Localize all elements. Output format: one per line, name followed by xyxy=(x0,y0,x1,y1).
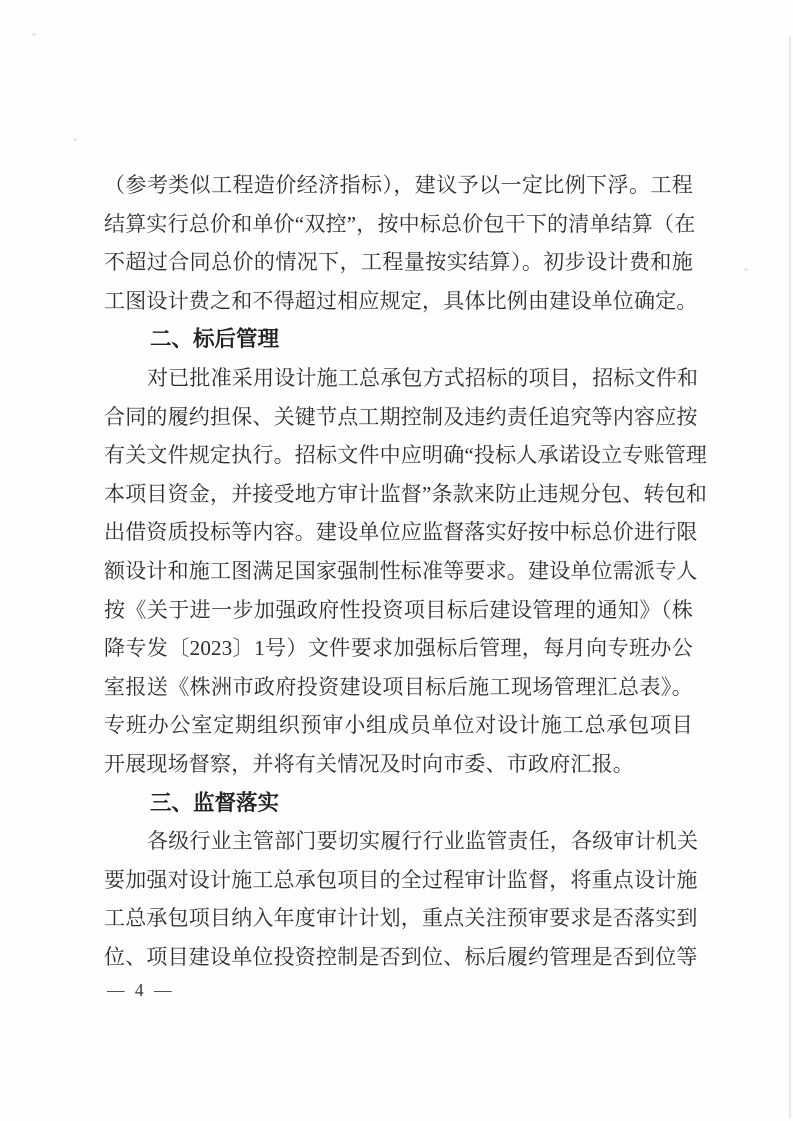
paragraph-2-line-7: 按《关于进一步加强政府性投资项目标后建设管理的通知》（株 xyxy=(104,591,693,630)
scan-edge-artifact xyxy=(789,36,791,1118)
paragraph-3-line-1: 各级行业主管部门要切实履行行业监管责任，各级审计机关 xyxy=(104,822,693,861)
page-number: — 4 — xyxy=(107,980,175,1001)
paragraph-2-line-1: 对已批准采用设计施工总承包方式招标的项目，招标文件和 xyxy=(104,359,693,398)
paragraph-3-line-4: 位、项目建设单位投资控制是否到位、标后履约管理是否到位等 xyxy=(104,938,693,977)
paragraph-3-line-2: 要加强对设计施工总承包项目的全过程审计监督，将重点设计施 xyxy=(104,861,693,900)
paragraph-2-line-2: 合同的履约担保、关键节点工期控制及违约责任追究等内容应按 xyxy=(104,398,693,437)
scan-speck xyxy=(73,138,77,141)
paragraph-2-line-4: 本项目资金，并接受地方审计监督”条款来防止违规分包、转包和 xyxy=(104,475,693,514)
paragraph-1-line-3: 不超过合同总价的情况下，工程量按实结算）。初步设计费和施 xyxy=(104,243,693,282)
scan-speck xyxy=(32,33,36,36)
paragraph-2-line-11: 开展现场督察，并将有关情况及时向市委、市政府汇报。 xyxy=(104,745,693,784)
paragraph-2-line-8: 降专发〔2023〕1号）文件要求加强标后管理，每月向专班办公 xyxy=(104,629,693,668)
scanned-document-page: （参考类似工程造价经济指标），建议予以一定比例下浮。工程 结算实行总价和单价“双… xyxy=(0,0,793,1121)
paragraph-2-line-9: 室报送《株洲市政府投资建设项目标后施工现场管理汇总表》。 xyxy=(104,668,693,707)
paragraph-2-line-10: 专班办公室定期组织预审小组成员单位对设计施工总承包项目 xyxy=(104,706,693,745)
document-body: （参考类似工程造价经济指标），建议予以一定比例下浮。工程 结算实行总价和单价“双… xyxy=(104,166,693,976)
scan-speck xyxy=(744,268,748,271)
paragraph-2-line-5: 出借资质投标等内容。建设单位应监督落实好按中标总价进行限 xyxy=(104,513,693,552)
paragraph-1-line-4: 工图设计费之和不得超过相应规定，具体比例由建设单位确定。 xyxy=(104,282,693,321)
paragraph-2-line-3: 有关文件规定执行。招标文件中应明确“投标人承诺设立专账管理 xyxy=(104,436,693,475)
paragraph-3-line-3: 工总承包项目纳入年度审计计划，重点关注预审要求是否落实到 xyxy=(104,899,693,938)
paragraph-1-line-2: 结算实行总价和单价“双控”，按中标总价包干下的清单结算（在 xyxy=(104,205,693,244)
section-heading-3: 三、监督落实 xyxy=(104,784,693,823)
section-heading-2: 二、标后管理 xyxy=(104,320,693,359)
paragraph-1-line-1: （参考类似工程造价经济指标），建议予以一定比例下浮。工程 xyxy=(104,166,693,205)
paragraph-2-line-6: 额设计和施工图满足国家强制性标准等要求。建设单位需派专人 xyxy=(104,552,693,591)
